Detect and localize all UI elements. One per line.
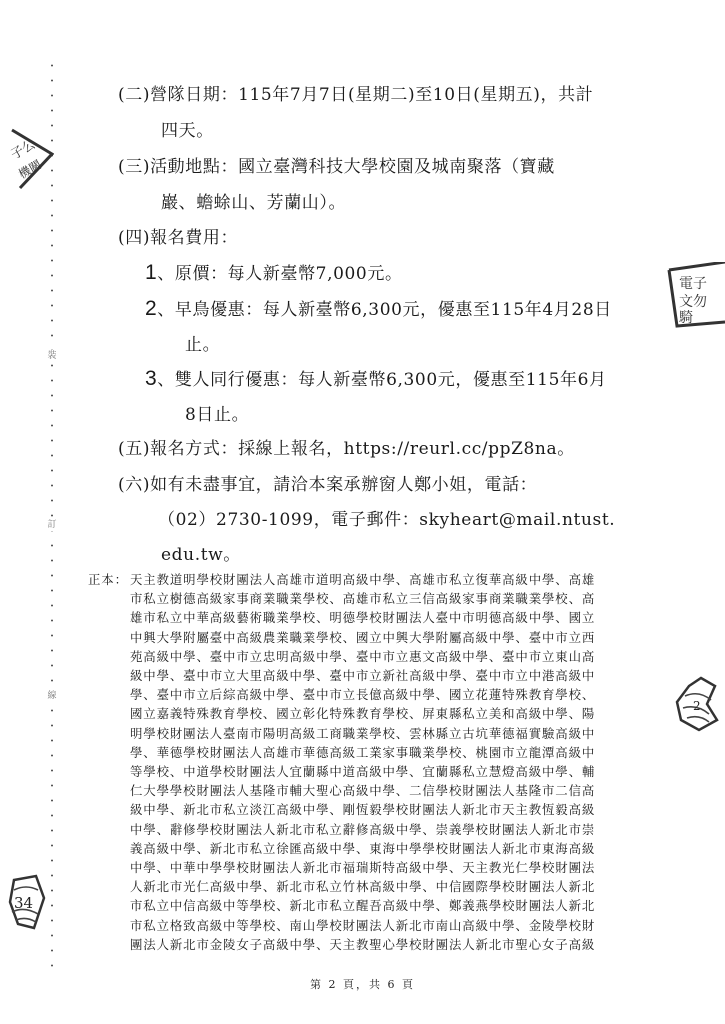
fee-item-text: 、早鳥優惠：每人新臺幣6,300元，優惠至115年4月28日	[157, 300, 612, 320]
section-contact: (六)如有未盡事宜，請洽本案承辦窗人鄭小姐，電話：	[118, 474, 537, 496]
fee-item-text: 、原價：每人新臺幣7,000元。	[157, 264, 402, 284]
recipient-line: 國立嘉義特殊教育學校、國立彰化特殊教育學校、屏東縣私立美和高級中學、陽	[130, 704, 648, 723]
section-camp-dates: (二)營隊日期：115年7月7日(星期二)至10日(星期五)，共計	[118, 84, 593, 106]
page-seal-left-icon: 34	[6, 872, 46, 932]
fee-item-number: 1	[145, 261, 157, 284]
recipient-line: 義高級中學、新北市私立徐匯高級中學、東海中學學校財團法人新北市東海高級	[130, 839, 648, 858]
recipient-line: 苑高級中學、臺中市立忠明高級中學、臺中市立惠文高級中學、臺中市立東山高	[130, 647, 648, 666]
page-footer: 第 2 頁，共 6 頁	[0, 976, 725, 992]
section-venue-cont: 巖、蟾蜍山、芳蘭山）。	[161, 192, 346, 214]
section-fees-heading: (四)報名費用：	[118, 227, 238, 249]
recipient-line: 等學校、中道學校財團法人宜蘭縣中道高級中學、宜蘭縣私立慧燈高級中學、輔	[130, 762, 648, 781]
recipient-line: 明學校財團法人臺南市陽明高級工商職業學校、雲林縣立古坑華德福實驗高級中	[130, 724, 648, 743]
recipient-line: 市私立樹德高級家事商業職業學校、高雄市私立三信高級家事商業職業學校、高	[130, 589, 648, 608]
recipient-line: 學、華德學校財團法人高雄市華德高級工業家事職業學校、桃園市立龍潭高級中	[130, 743, 648, 762]
e-document-stamp-icon: 電子 文勿 騎	[667, 262, 725, 328]
svg-text:2: 2	[693, 699, 701, 713]
fee-item-original: 1、原價：每人新臺幣7,000元。	[145, 262, 403, 285]
official-seal-stamp-icon: 子公 機關	[8, 126, 54, 192]
recipient-line: 學、臺中市立后綜高級中學、臺中市立長億高級中學、國立花蓮特殊教育學校、	[130, 685, 648, 704]
recipient-line: 團法人新北市金陵女子高級中學、天主教聖心學校財團法人新北市聖心女子高級	[130, 935, 648, 954]
binding-label-xian: 線	[46, 690, 58, 702]
section-registration: (五)報名方式：採線上報名，https://reurl.cc/ppZ8na。	[118, 438, 575, 460]
svg-text:文勿: 文勿	[679, 294, 707, 310]
fee-item-pair-cont: 8日止。	[185, 404, 249, 426]
recipient-line: 仁大學學校財團法人基隆市輔大聖心高級中學、二信學校財團法人基隆市二信高	[130, 781, 648, 800]
recipients-block: 正本： 天主教道明學校財團法人高雄市道明高級中學、高雄市私立復華高級中學、高雄 …	[88, 570, 648, 954]
contact-phone-email: （02）2730-1099，電子郵件：skyheart@mail.ntust.	[158, 509, 615, 531]
fee-item-number: 2	[145, 297, 157, 320]
section-camp-dates-cont: 四天。	[161, 120, 214, 142]
fee-item-text: 、雙人同行優惠：每人新臺幣6,300元，優惠至115年6月	[157, 370, 606, 390]
recipient-line: 中學、中華中學學校財團法人新北市福瑞斯特高級中學、天主教光仁學校財團法	[130, 858, 648, 877]
fee-item-early-bird-cont: 止。	[185, 334, 220, 356]
page-seal-right-icon: 2	[675, 676, 725, 732]
recipient-line: 人新北市光仁高級中學、新北市私立竹林高級中學、中信國際學校財團法人新北	[130, 877, 648, 896]
recipient-line: 市私立格致高級中等學校、南山學校財團法人新北市南山高級中學、金陵學校財	[130, 916, 648, 935]
fee-item-early-bird: 2、早鳥優惠：每人新臺幣6,300元，優惠至115年4月28日	[145, 298, 612, 321]
fee-item-number: 3	[145, 367, 157, 390]
recipient-line: 級中學、新北市私立淡江高級中學、剛恆毅學校財團法人新北市天主教恆毅高級	[130, 800, 648, 819]
section-venue: (三)活動地點：國立臺灣科技大學校園及城南聚落（寶藏	[118, 156, 555, 178]
binding-label-zhuang: 裝	[46, 350, 58, 362]
recipient-line: 天主教道明學校財團法人高雄市道明高級中學、高雄市私立復華高級中學、高雄	[130, 570, 648, 589]
recipients-label: 正本：	[88, 570, 128, 589]
recipient-line: 雄市私立中華高級藝術職業學校、明德學校財團法人臺中市明德高級中學、國立	[130, 608, 648, 627]
recipient-line: 中興大學附屬臺中高級農業職業學校、國立中興大學附屬高級中學、臺中市立西	[130, 628, 648, 647]
binding-label-ding: 訂	[46, 519, 58, 531]
recipients-list: 天主教道明學校財團法人高雄市道明高級中學、高雄市私立復華高級中學、高雄 市私立樹…	[130, 570, 648, 954]
recipient-line: 市私立中信高級中等學校、新北市私立醒吾高級中學、鄭義燕學校財團法人新北	[130, 896, 648, 915]
contact-email-cont: edu.tw。	[161, 544, 241, 566]
recipient-line: 中學、辭修學校財團法人新北市私立辭修高級中學、崇義學校財團法人新北市崇	[130, 820, 648, 839]
svg-text:34: 34	[14, 894, 33, 912]
svg-text:騎: 騎	[678, 309, 693, 326]
fee-item-pair: 3、雙人同行優惠：每人新臺幣6,300元，優惠至115年6月	[145, 368, 607, 391]
binding-dotted-line	[51, 58, 53, 976]
recipient-line: 級中學、臺中市立大里高級中學、臺中市立新社高級中學、臺中市立中港高級中	[130, 666, 648, 685]
svg-text:電子: 電子	[679, 276, 707, 292]
